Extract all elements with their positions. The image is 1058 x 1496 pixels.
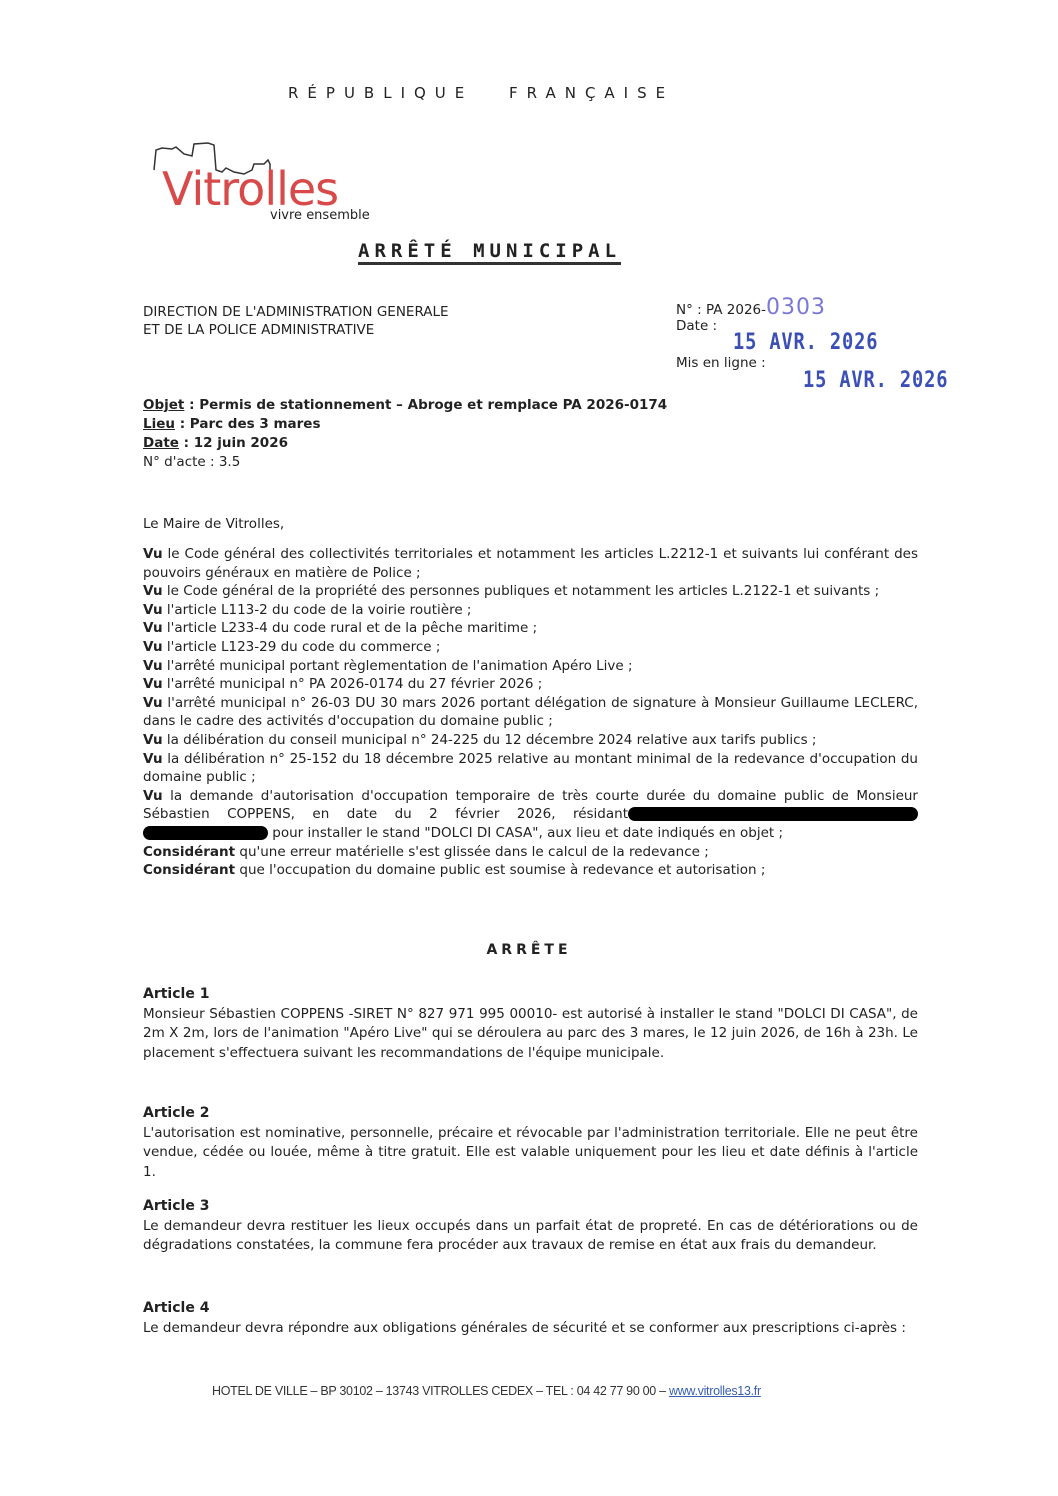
article-title: Article 3 [143, 1197, 918, 1217]
visa-text: l'arrêté municipal portant règlementatio… [163, 658, 633, 674]
acte-line: N° d'acte : 3.5 [143, 453, 667, 472]
demande-text-after: pour installer le stand "DOLCI DI CASA",… [268, 825, 783, 841]
article-text: Le demandeur devra restituer les lieux o… [143, 1217, 918, 1256]
reference-label: N° : PA 2026- [676, 302, 766, 318]
considerant-text: qu'une erreur matérielle s'est glissée d… [235, 844, 709, 860]
considerant-lead: Considérant [143, 862, 235, 878]
objet-value: : Permis de stationnement – Abroge et re… [189, 397, 667, 413]
visa-item: Vu la délibération du conseil municipal … [143, 731, 918, 750]
redacted-address-2 [143, 826, 268, 840]
visa-lead: Vu [143, 695, 163, 711]
date-stamp: 15 AVR. 2026 [733, 330, 878, 355]
visa-lead: Vu [143, 751, 163, 767]
visa-lead: Vu [143, 732, 163, 748]
visa-lead: Vu [143, 639, 163, 655]
article-title: Article 4 [143, 1299, 918, 1319]
lieu-label: Lieu [143, 416, 175, 432]
online-stamp: 15 AVR. 2026 [803, 368, 948, 393]
visa-lead: Vu [143, 546, 163, 562]
visa-text: l'article L123-29 du code du commerce ; [163, 639, 441, 655]
visa-lead: Vu [143, 602, 163, 618]
lieu-value: : Parc des 3 mares [180, 416, 321, 432]
reference-number: N° : PA 2026-0303 [676, 298, 826, 320]
visa-text: l'article L233-4 du code rural et de la … [163, 620, 538, 636]
objet-line: Objet : Permis de stationnement – Abroge… [143, 396, 667, 415]
visa-text: le Code général de la propriété des pers… [163, 583, 880, 599]
visa-item: Vu le Code général de la propriété des p… [143, 582, 918, 601]
visa-text: le Code général des collectivités territ… [143, 546, 918, 581]
visa-text: l'article L113-2 du code de la voirie ro… [163, 602, 472, 618]
visas-list: Vu le Code général des collectivités ter… [143, 545, 918, 880]
article-2: Article 2 L'autorisation est nominative,… [143, 1104, 918, 1182]
redacted-address-1 [628, 807, 918, 821]
visa-item: Vu l'article L233-4 du code rural et de … [143, 619, 918, 638]
considerant-item: Considérant qu'une erreur matérielle s'e… [143, 843, 918, 862]
visa-text: l'arrêté municipal n° 26-03 DU 30 mars 2… [143, 695, 918, 730]
republique-francaise-header: RÉPUBLIQUE FRANÇAISE [288, 84, 674, 102]
visa-item: Vu l'arrêté municipal portant règlementa… [143, 657, 918, 676]
visa-text: la délibération du conseil municipal n° … [163, 732, 817, 748]
article-1: Article 1 Monsieur Sébastien COPPENS -SI… [143, 985, 918, 1063]
article-text: L'autorisation est nominative, personnel… [143, 1124, 918, 1183]
department-line-1: DIRECTION DE L'ADMINISTRATION GENERALE [143, 303, 449, 321]
article-3: Article 3 Le demandeur devra restituer l… [143, 1197, 918, 1256]
document-meta: Objet : Permis de stationnement – Abroge… [143, 396, 667, 472]
department-line-2: ET DE LA POLICE ADMINISTRATIVE [143, 321, 449, 339]
article-title: Article 1 [143, 985, 918, 1005]
visa-text: l'arrêté municipal n° PA 2026-0174 du 27… [163, 676, 543, 692]
considerant-item: Considérant que l'occupation du domaine … [143, 861, 918, 880]
document-title: ARRÊTÉ MUNICIPAL [358, 240, 621, 265]
visa-lead: Vu [143, 676, 163, 692]
visa-lead: Vu [143, 583, 163, 599]
visa-item: Vu le Code général des collectivités ter… [143, 545, 918, 582]
objet-label: Objet [143, 397, 184, 413]
lieu-line: Lieu : Parc des 3 mares [143, 415, 667, 434]
issuing-department: DIRECTION DE L'ADMINISTRATION GENERALE E… [143, 303, 449, 339]
arrete-heading: ARRÊTE [0, 942, 1058, 958]
date-line: Date : 12 juin 2026 [143, 434, 667, 453]
article-title: Article 2 [143, 1104, 918, 1124]
date-label: Date : [676, 318, 717, 334]
article-text: Monsieur Sébastien COPPENS -SIRET N° 827… [143, 1005, 918, 1064]
visa-item: Vu l'article L113-2 du code de la voirie… [143, 601, 918, 620]
visa-item: Vu la délibération n° 25-152 du 18 décem… [143, 750, 918, 787]
visa-item: Vu l'arrêté municipal n° PA 2026-0174 du… [143, 675, 918, 694]
footer-address: HOTEL DE VILLE – BP 30102 – 13743 VITROL… [212, 1384, 761, 1398]
visa-lead: Vu [143, 620, 163, 636]
visa-demande: Vu la demande d'autorisation d'occupatio… [143, 787, 918, 843]
visa-lead: Vu [143, 788, 163, 804]
article-text: Le demandeur devra répondre aux obligati… [143, 1319, 918, 1339]
logo-tagline: vivre ensemble [270, 208, 370, 223]
footer-text: HOTEL DE VILLE – BP 30102 – 13743 VITROL… [212, 1384, 669, 1398]
visa-lead: Vu [143, 658, 163, 674]
considerant-text: que l'occupation du domaine public est s… [235, 862, 765, 878]
date-label-meta: Date [143, 435, 179, 451]
visa-item: Vu l'arrêté municipal n° 26-03 DU 30 mar… [143, 694, 918, 731]
considerant-lead: Considérant [143, 844, 235, 860]
vitrolles-logo: Vitrolles vivre ensemble [152, 140, 402, 230]
maire-intro: Le Maire de Vitrolles, [143, 515, 918, 534]
handwritten-number: 0303 [766, 295, 826, 320]
online-label: Mis en ligne : [676, 355, 766, 371]
visa-text: la délibération n° 25-152 du 18 décembre… [143, 751, 918, 786]
article-4: Article 4 Le demandeur devra répondre au… [143, 1299, 918, 1338]
visa-item: Vu l'article L123-29 du code du commerce… [143, 638, 918, 657]
date-value: : 12 juin 2026 [184, 435, 288, 451]
website-link[interactable]: www.vitrolles13.fr [669, 1384, 761, 1398]
